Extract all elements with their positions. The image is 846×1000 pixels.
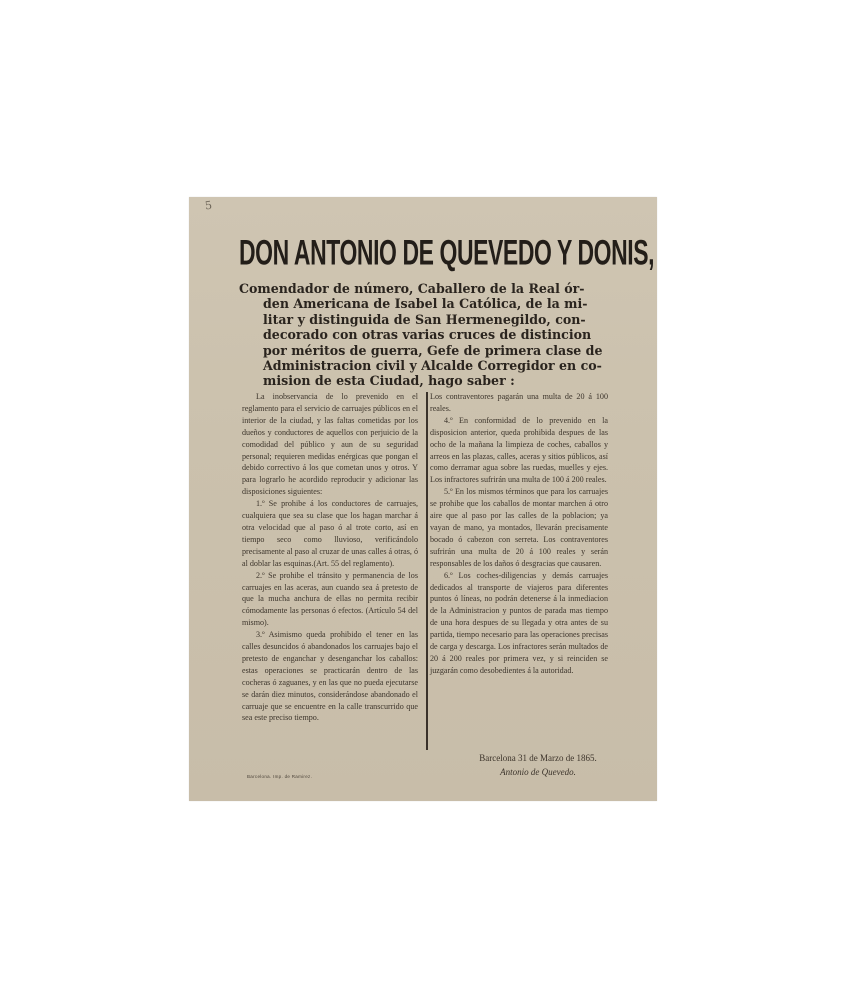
article-1: 1.º Se prohibe á los conductores de carr…: [242, 498, 418, 569]
subtitle-line: litar y distinguida de San Hermenegildo,…: [239, 312, 614, 327]
subtitle-line: Administracion civil y Alcalde Corregido…: [239, 358, 614, 373]
article-4: 4.º En conformidad de lo prevenido en la…: [430, 415, 608, 486]
article-6: 6.º Los coches-diligencias y demás carru…: [430, 570, 608, 677]
subtitle-line: mision de esta Ciudad, hago saber :: [239, 373, 614, 388]
printer-imprint: Barcelona. Imp. de Ramirez.: [247, 774, 312, 779]
column-divider: [426, 392, 428, 750]
poster-title: DON ANTONIO DE QUEVEDO Y DONIS,: [239, 233, 551, 273]
official-titles: Comendador de número, Caballero de la Re…: [239, 281, 614, 389]
article-2: 2.º Se prohibe el tránsito y permanencia…: [242, 570, 418, 630]
article-5: 5.º En los mismos términos que para los …: [430, 486, 608, 569]
subtitle-line: den Americana de Isabel la Católica, de …: [239, 296, 614, 311]
subtitle-line: por méritos de guerra, Gefe de primera c…: [239, 343, 614, 358]
signature: Antonio de Quevedo.: [463, 767, 613, 777]
poster-sheet: 5 DON ANTONIO DE QUEVEDO Y DONIS, Comend…: [189, 197, 657, 801]
article-3: 3.º Asimismo queda prohibido el tener en…: [242, 629, 418, 724]
pencil-mark: 5: [204, 199, 213, 213]
subtitle-line: decorado con otras varias cruces de dist…: [239, 327, 614, 342]
fine-continuation: Los contraventores pagarán una multa de …: [430, 391, 608, 415]
place-and-date: Barcelona 31 de Marzo de 1865.: [463, 753, 613, 763]
right-column: Los contraventores pagarán una multa de …: [430, 391, 608, 677]
subtitle-line: Comendador de número, Caballero de la Re…: [239, 281, 614, 296]
left-column: La inobservancia de lo prevenido en el r…: [242, 391, 418, 724]
preamble-paragraph: La inobservancia de lo prevenido en el r…: [242, 391, 418, 498]
